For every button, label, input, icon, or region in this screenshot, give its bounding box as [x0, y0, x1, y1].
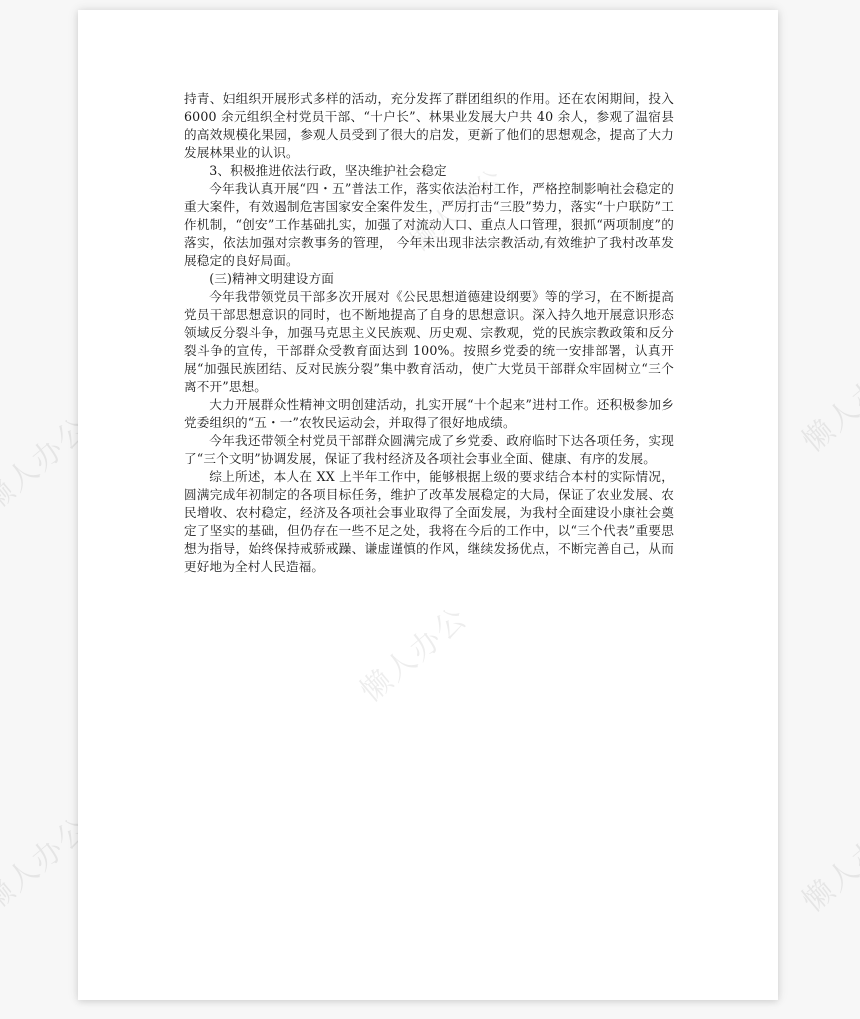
paragraph: 大力开展群众性精神文明创建活动，扎实开展“十个起来”进村工作。还积极参加乡党委组…	[184, 396, 674, 432]
document-body: 持青、妇组织开展形式多样的活动，充分发挥了群团组织的作用。还在农闲期间，投入 6…	[184, 90, 674, 576]
watermark: 懒人办公	[791, 344, 860, 460]
paragraph: 综上所述，本人在 XX 上半年工作中，能够根据上级的要求结合本村的实际情况，圆满…	[184, 468, 674, 576]
section-heading: 3、积极推进依法行政，坚决维护社会稳定	[184, 162, 674, 180]
watermark: 懒人办公	[791, 804, 860, 920]
paragraph: 今年我带领党员干部多次开展对《公民思想道德建设纲要》等的学习，在不断提高党员干部…	[184, 288, 674, 396]
document-page: 懒人办公 懒人办公 持青、妇组织开展形式多样的活动，充分发挥了群团组织的作用。还…	[78, 10, 778, 1000]
section-heading: (三)精神文明建设方面	[184, 270, 674, 288]
paragraph: 持青、妇组织开展形式多样的活动，充分发挥了群团组织的作用。还在农闲期间，投入 6…	[184, 90, 674, 162]
paragraph: 今年我还带领全村党员干部群众圆满完成了乡党委、政府临时下达各项任务，实现了“三个…	[184, 432, 674, 468]
watermark: 懒人办公	[349, 594, 475, 710]
document-viewer: 懒人办公 懒人办公 懒人办公 懒人办公 懒人办公 懒人办公 持青、妇组织开展形式…	[0, 0, 860, 1019]
paragraph: 今年我认真开展“四・五”普法工作，落实依法治村工作，严格控制影响社会稳定的重大案…	[184, 180, 674, 270]
